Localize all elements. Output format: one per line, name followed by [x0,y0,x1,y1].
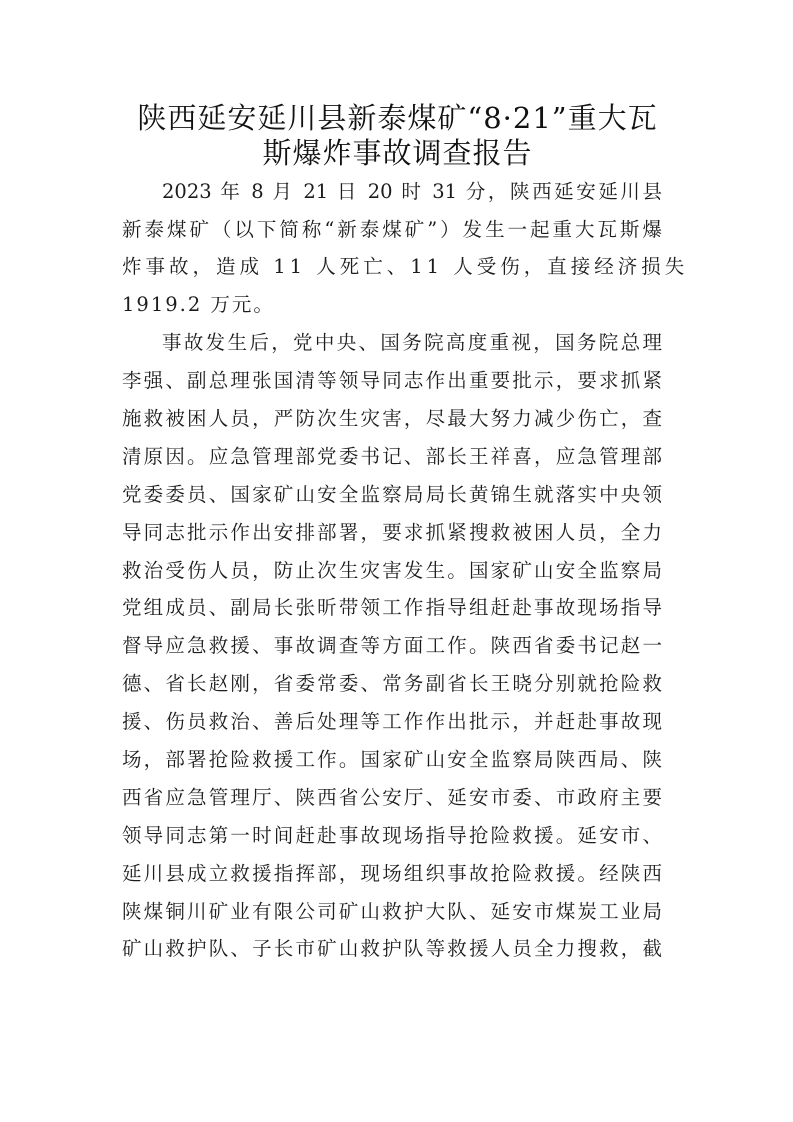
paragraph-line: 施救被困人员，严防次生灾害，尽最大努力减少伤亡，查 [122,407,662,431]
paragraph-line: 党组成员、副局长张昕带领工作指导组赶赴事故现场指导 [122,596,662,620]
paragraph-line: 党委委员、国家矿山安全监察局局长黄锦生就落实中央领 [122,483,662,507]
paragraph-line: 督导应急救援、事故调查等方面工作。陕西省委书记赵一 [122,634,662,658]
paragraph-line: 李强、副总理张国清等领导同志作出重要批示，要求抓紧 [122,369,662,393]
paragraph-line: 延川县成立救援指挥部，现场组织事故抢险救援。经陕西 [122,862,662,886]
paragraph-line: 德、省长赵刚，省委常委、常务副省长王晓分别就抢险救 [122,672,662,696]
paragraph-line: 导同志批示作出安排部署，要求抓紧搜救被困人员，全力 [122,521,662,545]
paragraph-line: 1919.2 万元。 [122,293,662,317]
document-title-line-1: 陕西延安延川县新泰煤矿“8·21”重大瓦 [110,100,685,136]
paragraph-line: 援、伤员救治、善后处理等工作作出批示，并赶赴事故现 [122,710,662,734]
paragraph-line: 领导同志第一时间赶赴事故现场指导抢险救援。延安市、 [122,824,662,848]
paragraph-line: 新泰煤矿（以下简称“新泰煤矿”）发生一起重大瓦斯爆 [122,218,662,242]
document-page: 陕西延安延川县新泰煤矿“8·21”重大瓦 斯爆炸事故调查报告 2023 年 8 … [0,0,793,1122]
paragraph-line: 救治受伤人员，防止次生灾害发生。国家矿山安全监察局 [122,559,662,583]
paragraph-line: 场，部署抢险救援工作。国家矿山安全监察局陕西局、陕 [122,748,662,772]
paragraph-line: 清原因。应急管理部党委书记、部长王祥喜，应急管理部 [122,445,662,469]
document-title-line-2: 斯爆炸事故调查报告 [110,135,685,171]
paragraph-line: 事故发生后，党中央、国务院高度重视，国务院总理 [122,331,662,355]
paragraph-line: 矿山救护队、子长市矿山救护队等救援人员全力搜救，截 [122,937,662,961]
paragraph-line: 炸事故，造成 11 人死亡、11 人受伤，直接经济损失 [122,255,662,279]
paragraph-line: 西省应急管理厅、陕西省公安厅、延安市委、市政府主要 [122,786,662,810]
paragraph-line: 陕煤铜川矿业有限公司矿山救护大队、延安市煤炭工业局 [122,900,662,924]
paragraph-line: 2023 年 8 月 21 日 20 时 31 分，陕西延安延川县 [122,180,662,204]
